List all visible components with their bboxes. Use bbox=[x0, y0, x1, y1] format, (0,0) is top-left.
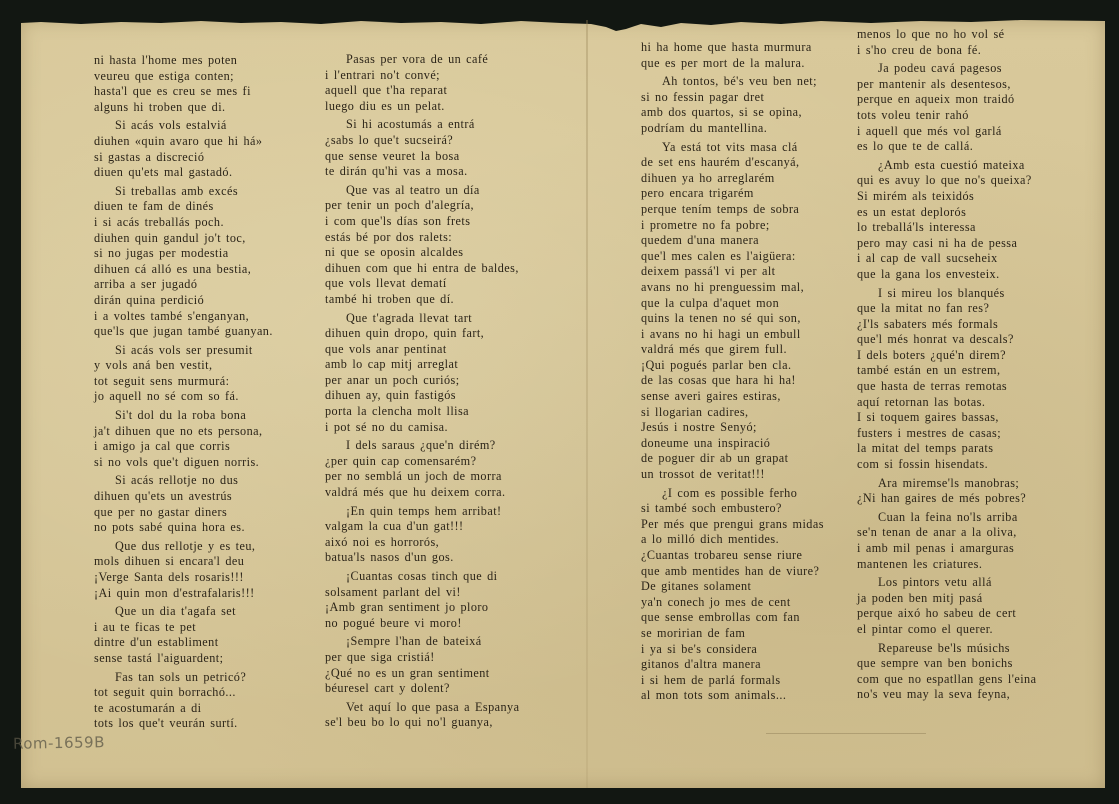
verse-line: Si acás vols ser presumit bbox=[94, 343, 324, 359]
verse-line: que'l més honrat va descals? bbox=[857, 332, 1087, 348]
stanza: Que t'agrada llevat tartdihuen quin drop… bbox=[325, 311, 575, 436]
verse-line: Que dus rellotje y es teu, bbox=[94, 539, 324, 555]
verse-line: de poguer dir ab un grapat bbox=[641, 451, 871, 467]
verse-line: a lo milló dich mentides. bbox=[641, 532, 871, 548]
verse-line: dihuen cá alló es una bestia, bbox=[94, 262, 324, 278]
verse-line: i l'entrari no't convé; bbox=[325, 68, 575, 84]
verse-line: pero encara trigarém bbox=[641, 186, 871, 202]
verse-line: que es per mort de la malura. bbox=[641, 56, 871, 72]
verse-line: valgam la cua d'un gat!!! bbox=[325, 519, 575, 535]
verse-line: I si toquem gaires bassas, bbox=[857, 410, 1087, 426]
verse-line: dihuen ya ho arreglarém bbox=[641, 171, 871, 187]
stanza: Fas tan sols un petricó?tot seguit quin … bbox=[94, 670, 324, 732]
verse-line: que sempre van ben bonichs bbox=[857, 656, 1087, 672]
verse-line: si gastas a discreció bbox=[94, 150, 324, 166]
verse-line: dintre d'un establiment bbox=[94, 635, 324, 651]
stanza: Que dus rellotje y es teu,mols dihuen si… bbox=[94, 539, 324, 601]
verse-line: ¡Sempre l'han de bateixá bbox=[325, 634, 575, 650]
verse-line: pero may casi ni ha de pessa bbox=[857, 236, 1087, 252]
verse-line: se moririan de fam bbox=[641, 626, 871, 642]
verse-line: Que un dia t'agafa set bbox=[94, 604, 324, 620]
verse-line: solsament parlant del vi! bbox=[325, 585, 575, 601]
verse-line: béuresel cart y dolent? bbox=[325, 681, 575, 697]
verse-line: porta la clencha molt llisa bbox=[325, 404, 575, 420]
verse-line: dihuen com que hi entra de baldes, bbox=[325, 261, 575, 277]
verse-line: i pot sé no du camisa. bbox=[325, 420, 575, 436]
verse-line: i si acás treballás poch. bbox=[94, 215, 324, 231]
verse-line: Fas tan sols un petricó? bbox=[94, 670, 324, 686]
stanza: ¡Sempre l'han de bateixáper que siga cri… bbox=[325, 634, 575, 696]
verse-line: ¡Qui pogués parlar ben cla. bbox=[641, 358, 871, 374]
verse-line: que per no gastar diners bbox=[94, 505, 324, 521]
verse-line: doneume una inspiració bbox=[641, 436, 871, 452]
verse-line: avans no hi prenguessim mal, bbox=[641, 280, 871, 296]
verse-line: Que t'agrada llevat tart bbox=[325, 311, 575, 327]
verse-line: el pintar como el querer. bbox=[857, 622, 1087, 638]
verse-line: Cuan la feina no'ls arriba bbox=[857, 510, 1087, 526]
shelfmark-annotation: Rom-1659B bbox=[13, 733, 105, 753]
verse-line: Ja podeu cavá pagesos bbox=[857, 61, 1087, 77]
verse-line: i al cap de vall sucseheix bbox=[857, 251, 1087, 267]
stanza: Si acás rellotje no dusdihuen qu'ets un … bbox=[94, 473, 324, 535]
verse-line: Si hi acostumás a entrá bbox=[325, 117, 575, 133]
verse-line: Vet aquí lo que pasa a Espanya bbox=[325, 700, 575, 716]
verse-line: gitanos d'altra manera bbox=[641, 657, 871, 673]
verse-line: si no jugas per modestia bbox=[94, 246, 324, 262]
verse-line: que vols anar pentinat bbox=[325, 342, 575, 358]
verse-line: ja't dihuen que no ets persona, bbox=[94, 424, 324, 440]
verse-line: sense tastá l'aiguardent; bbox=[94, 651, 324, 667]
verse-line: te acostumarán a di bbox=[94, 701, 324, 717]
verse-line: Repareuse be'ls músichs bbox=[857, 641, 1087, 657]
verse-line: per tenir un poch d'alegría, bbox=[325, 198, 575, 214]
verse-line: amb lo cap mitj arreglat bbox=[325, 357, 575, 373]
verse-line: ¡En quin temps hem arribat! bbox=[325, 504, 575, 520]
stanza: Que vas al teatro un díaper tenir un poc… bbox=[325, 183, 575, 308]
verse-line: I si mireu los blanqués bbox=[857, 286, 1087, 302]
verse-line: tot seguit sens murmurá: bbox=[94, 374, 324, 390]
stanza: ni hasta l'home mes potenveureu que esti… bbox=[94, 53, 324, 115]
verse-line: i com que'ls días son frets bbox=[325, 214, 575, 230]
stanza: ¡Cuantas cosas tinch que disolsament par… bbox=[325, 569, 575, 631]
verse-line: Si acás rellotje no dus bbox=[94, 473, 324, 489]
verse-line: i avans no hi hagi un embull bbox=[641, 327, 871, 343]
verse-line: perque tením temps de sobra bbox=[641, 202, 871, 218]
verse-line: dihuen ay, quin fastigós bbox=[325, 388, 575, 404]
stanza: ¿Amb esta cuestió mateixaqui es avuy lo … bbox=[857, 158, 1087, 283]
verse-line: al mon tots som animals... bbox=[641, 688, 871, 704]
verse-line: no pogué beure vi moro! bbox=[325, 616, 575, 632]
verse-line: si també soch embustero? bbox=[641, 501, 871, 517]
verse-line: podríam du mantellina. bbox=[641, 121, 871, 137]
verse-line: Que vas al teatro un día bbox=[325, 183, 575, 199]
stanza: hi ha home que hasta murmuraque es per m… bbox=[641, 40, 871, 71]
verse-line: estás bé por dos ralets: bbox=[325, 230, 575, 246]
verse-line: De gitanes solament bbox=[641, 579, 871, 595]
verse-line: tots voleu tenir rahó bbox=[857, 108, 1087, 124]
verse-line: per no semblá un joch de morra bbox=[325, 469, 575, 485]
stanza: Ja podeu cavá pagesosper mantenir als de… bbox=[857, 61, 1087, 155]
stanza: Repareuse be'ls músichsque sempre van be… bbox=[857, 641, 1087, 703]
verse-line: aquí retornan las botas. bbox=[857, 395, 1087, 411]
verse-line: i a voltes també s'enganyan, bbox=[94, 309, 324, 325]
verse-line: com si fossin hisendats. bbox=[857, 457, 1087, 473]
verse-line: jo aquell no sé com so fá. bbox=[94, 389, 324, 405]
verse-line: si no fessin pagar dret bbox=[641, 90, 871, 106]
stanza: ¡En quin temps hem arribat!valgam la cua… bbox=[325, 504, 575, 566]
paper-sheet: ni hasta l'home mes potenveureu que esti… bbox=[21, 20, 1105, 788]
verse-line: ¿I com es possible ferho bbox=[641, 486, 871, 502]
verse-line: ¿sabs lo que't sucseirá? bbox=[325, 133, 575, 149]
verse-line: que la gana los envesteix. bbox=[857, 267, 1087, 283]
verse-line: i au te ficas te pet bbox=[94, 620, 324, 636]
verse-line: aquell que t'ha reparat bbox=[325, 83, 575, 99]
stanza: ¿I com es possible ferhosi també soch em… bbox=[641, 486, 871, 704]
verse-line: que la mitat no fan res? bbox=[857, 301, 1087, 317]
verse-line: Si mirém als teixidós bbox=[857, 189, 1087, 205]
verse-line: ¿per quin cap comensarém? bbox=[325, 454, 575, 470]
verse-line: tots los que't veurán surtí. bbox=[94, 716, 324, 732]
stanza: I dels saraus ¿que'n dirém?¿per quin cap… bbox=[325, 438, 575, 500]
verse-line: dihuen quin dropo, quin fart, bbox=[325, 326, 575, 342]
verse-line: Si treballas amb excés bbox=[94, 184, 324, 200]
verse-line: es lo que te de callá. bbox=[857, 139, 1087, 155]
verse-line: luego diu es un pelat. bbox=[325, 99, 575, 115]
verse-line: amb dos quartos, si se opina, bbox=[641, 105, 871, 121]
verse-line: ¡Verge Santa dels rosaris!!! bbox=[94, 570, 324, 586]
verse-line: Jesús i nostre Senyó; bbox=[641, 420, 871, 436]
stanza: Si't dol du la roba bonaja't dihuen que … bbox=[94, 408, 324, 470]
verse-line: i s'ho creu de bona fé. bbox=[857, 43, 1087, 59]
verse-line: ¿Ni han gaires de més pobres? bbox=[857, 491, 1087, 507]
poem-column-4: menos lo que no ho vol séi s'ho creu de … bbox=[857, 27, 1087, 706]
verse-line: ¡Ai quin mon d'estrafalaris!!! bbox=[94, 586, 324, 602]
verse-line: quins la tenen no sé qui son, bbox=[641, 311, 871, 327]
verse-line: alguns hi troben que di. bbox=[94, 100, 324, 116]
verse-line: que'ls que jugan també guanyan. bbox=[94, 324, 324, 340]
verse-line: ¿Qué no es un gran sentiment bbox=[325, 666, 575, 682]
verse-line: ¡Cuantas cosas tinch que di bbox=[325, 569, 575, 585]
verse-line: i amigo ja cal que corris bbox=[94, 439, 324, 455]
stanza: Ya está tot vits masa cláde set ens haur… bbox=[641, 140, 871, 483]
verse-line: diuhen quin gandul jo't toc, bbox=[94, 231, 324, 247]
poem-column-2: Pasas per vora de un caféi l'entrari no'… bbox=[325, 52, 575, 734]
stanza: Si hi acostumás a entrá¿sabs lo que't su… bbox=[325, 117, 575, 179]
verse-line: dirán quina perdició bbox=[94, 293, 324, 309]
verse-line: també están en un estrem, bbox=[857, 363, 1087, 379]
verse-line: per que siga cristiá! bbox=[325, 650, 575, 666]
verse-line: que sense embrollas com fan bbox=[641, 610, 871, 626]
verse-line: i si hem de parlá formals bbox=[641, 673, 871, 689]
verse-line: Si acás vols estalviá bbox=[94, 118, 324, 134]
verse-line: fusters i mestres de casas; bbox=[857, 426, 1087, 442]
verse-line: deixem passá'l vi per alt bbox=[641, 264, 871, 280]
bleed-through-text bbox=[766, 733, 926, 736]
poem-column-3: hi ha home que hasta murmuraque es per m… bbox=[641, 40, 871, 707]
verse-line: i ya si be's considera bbox=[641, 642, 871, 658]
verse-line: quedem d'una manera bbox=[641, 233, 871, 249]
verse-line: que hasta de terras remotas bbox=[857, 379, 1087, 395]
verse-line: se'n tenan de anar a la oliva, bbox=[857, 525, 1087, 541]
verse-line: ja poden ben mitj pasá bbox=[857, 591, 1087, 607]
verse-line: i prometre no fa pobre; bbox=[641, 218, 871, 234]
scanned-document: ni hasta l'home mes potenveureu que esti… bbox=[0, 0, 1119, 804]
verse-line: que'l mes calen es l'aigüera: bbox=[641, 249, 871, 265]
verse-line: no's veu may la seva feyna, bbox=[857, 687, 1087, 703]
verse-line: de las cosas que hara hi ha! bbox=[641, 373, 871, 389]
verse-line: Ara miremse'ls manobras; bbox=[857, 476, 1087, 492]
verse-line: ¿I'ls sabaters més formals bbox=[857, 317, 1087, 333]
verse-line: valdrá més que girem full. bbox=[641, 342, 871, 358]
verse-line: I dels boters ¿qué'n direm? bbox=[857, 348, 1087, 364]
stanza: Pasas per vora de un caféi l'entrari no'… bbox=[325, 52, 575, 114]
verse-line: i aquell que més vol garlá bbox=[857, 124, 1087, 140]
verse-line: aixó noi es horrorós, bbox=[325, 535, 575, 551]
verse-line: te dirán qu'hi vas a mosa. bbox=[325, 164, 575, 180]
verse-line: hasta'l que es creu se mes fi bbox=[94, 84, 324, 100]
verse-line: ni hasta l'home mes poten bbox=[94, 53, 324, 69]
verse-line: mols dihuen si encara'l deu bbox=[94, 554, 324, 570]
verse-line: ni que se oposin alcaldes bbox=[325, 245, 575, 261]
stanza: Si acás vols ser presumity vols aná ben … bbox=[94, 343, 324, 405]
poem-column-1: ni hasta l'home mes potenveureu que esti… bbox=[94, 53, 324, 735]
stanza: Si acás vols estalviádiuhen «quin avaro … bbox=[94, 118, 324, 180]
verse-line: no pots sabé quina hora es. bbox=[94, 520, 324, 536]
stanza: Cuan la feina no'ls arribase'n tenan de … bbox=[857, 510, 1087, 572]
fold-crease bbox=[586, 20, 588, 788]
verse-line: per mantenir als desentesos, bbox=[857, 77, 1087, 93]
stanza: Que un dia t'agafa seti au te ficas te p… bbox=[94, 604, 324, 666]
verse-line: perque en aqueix mon traidó bbox=[857, 92, 1087, 108]
verse-line: la mitat del temps parats bbox=[857, 441, 1087, 457]
verse-line: hi ha home que hasta murmura bbox=[641, 40, 871, 56]
verse-line: es un estat deplorós bbox=[857, 205, 1087, 221]
verse-line: si no vols que't diguen norris. bbox=[94, 455, 324, 471]
verse-line: veureu que estiga conten; bbox=[94, 69, 324, 85]
stanza: Ah tontos, bé's veu ben net;si no fessin… bbox=[641, 74, 871, 136]
verse-line: menos lo que no ho vol sé bbox=[857, 27, 1087, 43]
verse-line: sense averi gaires estiras, bbox=[641, 389, 871, 405]
stanza: Los pintors vetu allája poden ben mitj p… bbox=[857, 575, 1087, 637]
verse-line: que amb mentides han de viure? bbox=[641, 564, 871, 580]
verse-line: perque aixó ho sabeu de cert bbox=[857, 606, 1087, 622]
verse-line: dihuen qu'ets un avestrús bbox=[94, 489, 324, 505]
verse-line: que vols llevat dematí bbox=[325, 276, 575, 292]
verse-line: I dels saraus ¿que'n dirém? bbox=[325, 438, 575, 454]
verse-line: mantenen les criatures. bbox=[857, 557, 1087, 573]
verse-line: també hi troben que dí. bbox=[325, 292, 575, 308]
stanza: Ara miremse'ls manobras;¿Ni han gaires d… bbox=[857, 476, 1087, 507]
verse-line: arriba a ser jugadó bbox=[94, 277, 324, 293]
verse-line: Los pintors vetu allá bbox=[857, 575, 1087, 591]
stanza: Vet aquí lo que pasa a Espanyase'l beu b… bbox=[325, 700, 575, 731]
verse-line: i amb mil penas i amarguras bbox=[857, 541, 1087, 557]
verse-line: Pasas per vora de un café bbox=[325, 52, 575, 68]
verse-line: com que no espatllan gens l'eina bbox=[857, 672, 1087, 688]
verse-line: diuen qu'ets mal gastadó. bbox=[94, 165, 324, 181]
stanza: Si treballas amb excésdiuen te fam de di… bbox=[94, 184, 324, 340]
verse-line: diuen te fam de dinés bbox=[94, 199, 324, 215]
verse-line: ¿Amb esta cuestió mateixa bbox=[857, 158, 1087, 174]
verse-line: se'l beu bo lo qui no'l guanya, bbox=[325, 715, 575, 731]
verse-line: Ya está tot vits masa clá bbox=[641, 140, 871, 156]
verse-line: tot seguit quin borrachó... bbox=[94, 685, 324, 701]
verse-line: ¿Cuantas trobareu sense riure bbox=[641, 548, 871, 564]
verse-line: Ah tontos, bé's veu ben net; bbox=[641, 74, 871, 90]
stanza: menos lo que no ho vol séi s'ho creu de … bbox=[857, 27, 1087, 58]
verse-line: un trossot de veritat!!! bbox=[641, 467, 871, 483]
verse-line: diuhen «quin avaro que hi há» bbox=[94, 134, 324, 150]
verse-line: y vols aná ben vestit, bbox=[94, 358, 324, 374]
verse-line: per anar un poch curiós; bbox=[325, 373, 575, 389]
verse-line: Si't dol du la roba bona bbox=[94, 408, 324, 424]
verse-line: que sense veuret la bosa bbox=[325, 149, 575, 165]
verse-line: batua'ls nasos d'un gos. bbox=[325, 550, 575, 566]
verse-line: que la culpa d'aquet mon bbox=[641, 296, 871, 312]
verse-line: ¡Amb gran sentiment jo ploro bbox=[325, 600, 575, 616]
stanza: I si mireu los blanquésque la mitat no f… bbox=[857, 286, 1087, 473]
verse-line: si llogarian cadires, bbox=[641, 405, 871, 421]
verse-line: valdrá més que hu deixem corra. bbox=[325, 485, 575, 501]
verse-line: de set ens haurém d'escanyá, bbox=[641, 155, 871, 171]
verse-line: Per més que prengui grans midas bbox=[641, 517, 871, 533]
verse-line: lo treballá'ls interessa bbox=[857, 220, 1087, 236]
verse-line: ya'n conech jo mes de cent bbox=[641, 595, 871, 611]
verse-line: qui es avuy lo que no's queixa? bbox=[857, 173, 1087, 189]
